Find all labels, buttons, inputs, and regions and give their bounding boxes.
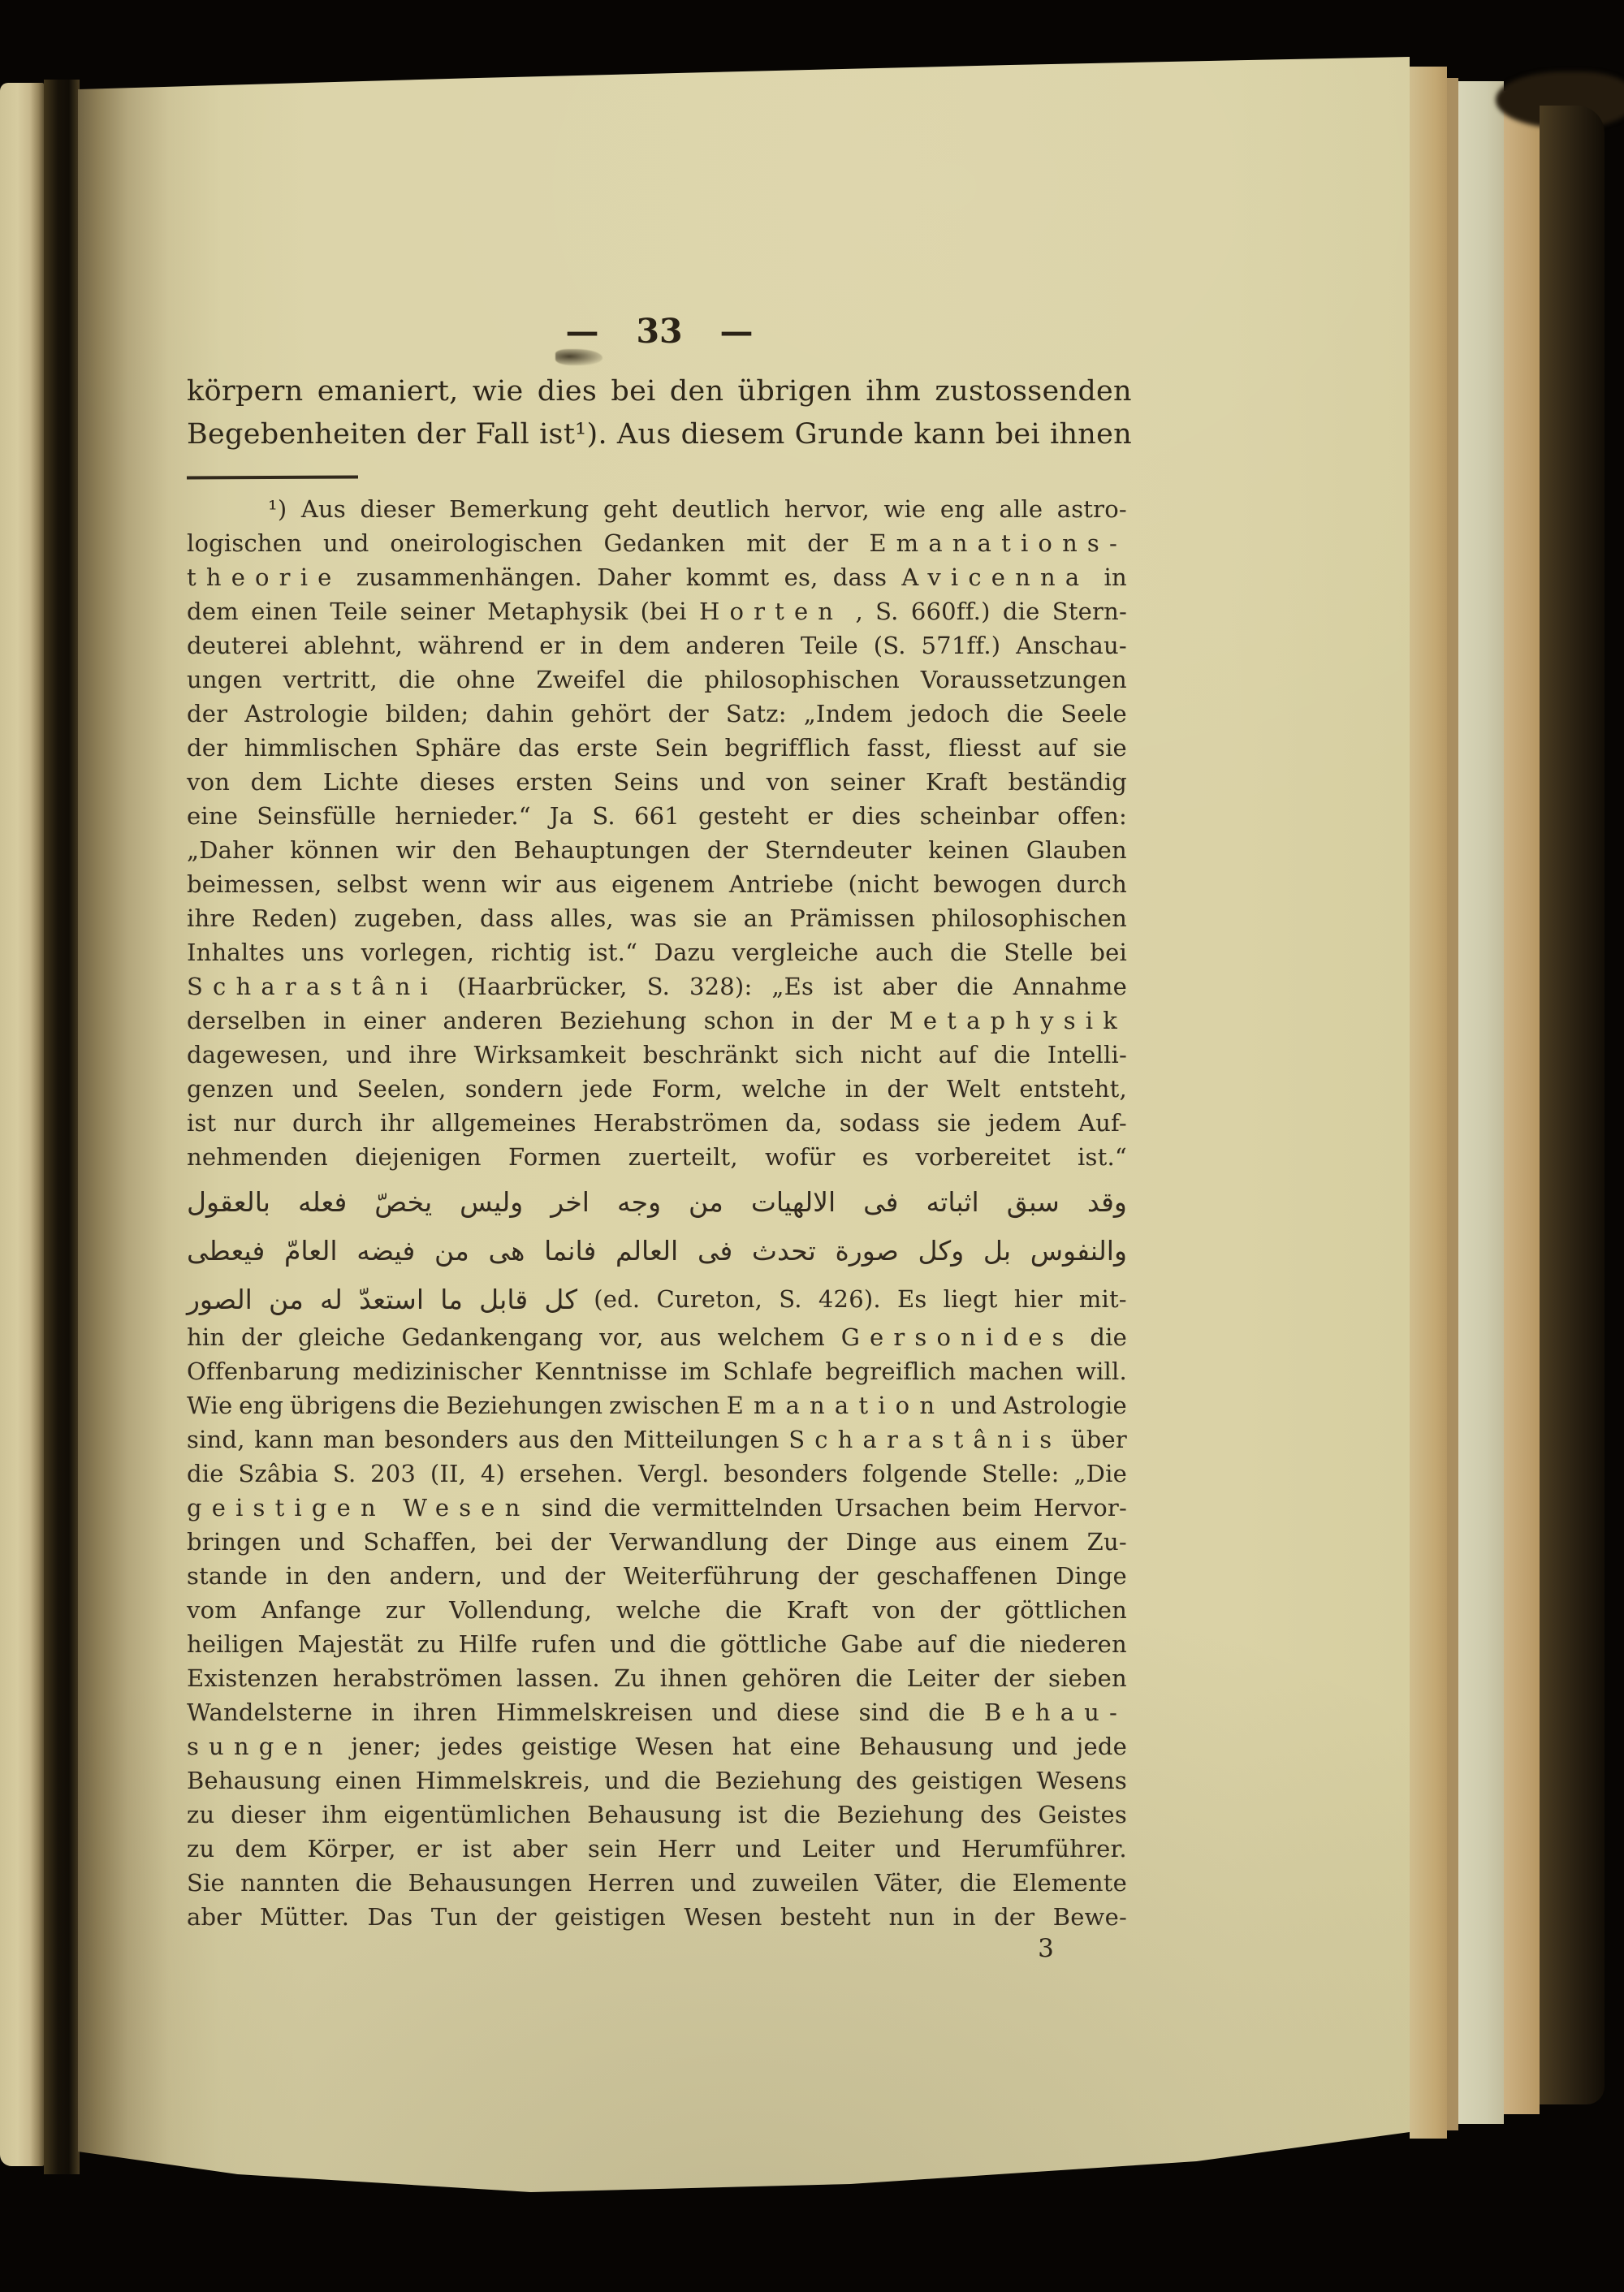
main-text-line: körpernemaniert,wiediesbeidenübrigenihmz… (187, 375, 1132, 418)
footnote-line: aberMütter.DasTundergeistigenWesenbesteh… (187, 1903, 1127, 1937)
footnote-line: geistigen WesensinddievermittelndenUrsac… (187, 1494, 1127, 1528)
fore-edge-page-band (1447, 78, 1458, 2130)
footnote-line: beimessen,selbstwennwirauseigenemAntrieb… (187, 870, 1127, 904)
fore-edge-page-band (1458, 81, 1504, 2124)
footnote-arabic-line: فيعطىالعامّفيضهمنهىفانماالعالمفىتحدثصورة… (187, 1226, 1127, 1275)
footnote: ¹)AusdieserBemerkunggehtdeutlichhervor,w… (187, 495, 1127, 1937)
header-right-dash: — (720, 312, 754, 351)
footnote-line: standeindenandern,undderWeiterführungder… (187, 1562, 1127, 1596)
footnote-line: WandelsterneinihrenHimmelskreisenunddies… (187, 1698, 1127, 1733)
footnote-line: bringenundSchaffen,beiderVerwandlungderD… (187, 1528, 1127, 1562)
footnote-line: heiligenMajestätzuHilferufenunddiegöttli… (187, 1630, 1127, 1664)
footnote-line: ¹)AusdieserBemerkunggehtdeutlichhervor,w… (187, 495, 1127, 529)
footnote-line: vomAnfangezurVollendung,welchedieKraftvo… (187, 1596, 1127, 1630)
footnote-arabic-line: الصورمنلهاستعدّماقابلكل(ed.Cureton,S.426… (187, 1275, 1127, 1323)
footnote-line: „DaherkönnenwirdenBehauptungenderSternde… (187, 836, 1127, 870)
signature-mark: 3 (1013, 1934, 1078, 1963)
page-number: 33 (636, 312, 682, 351)
main-text-line: BegebenheitenderFallist¹).AusdiesemGrund… (187, 418, 1132, 461)
footnote-line: hindergleicheGedankengangvor,auswelchemG… (187, 1323, 1127, 1358)
footnote-line: zudieserihmeigentümlichenBehausungistdie… (187, 1801, 1127, 1835)
footnote-rule (187, 476, 358, 480)
facing-page-edge (0, 83, 44, 2166)
footnote-line: istnurdurchihrallgemeinesHerabströmenda,… (187, 1109, 1127, 1143)
footnote-line: genzenundSeelen,sondernjedeForm,welchein… (187, 1075, 1127, 1109)
footnote-line: SienanntendieBehausungenHerrenundzuweile… (187, 1869, 1127, 1903)
footnote-line: deutereiablehnt,währenderindemanderenTei… (187, 632, 1127, 666)
book-cover-edge (1540, 106, 1605, 2104)
footnote-line: BehausungeinenHimmelskreis,unddieBeziehu… (187, 1767, 1127, 1801)
footnote-line: dagewesen,undihreWirksamkeitbeschränktsi… (187, 1041, 1127, 1075)
footnote-line: derAstrologiebilden;dahingehörtderSatz:„… (187, 700, 1127, 734)
header-left-dash: — (565, 312, 598, 351)
footnote-line: theoriezusammenhängen.Daherkommtes,dassA… (187, 563, 1127, 598)
fore-edge-page-band (1410, 67, 1447, 2139)
footnote-line: OffenbarungmedizinischerKenntnisseimSchl… (187, 1358, 1127, 1392)
ink-smudge (555, 349, 603, 365)
fore-edge-page-band (1504, 91, 1540, 2114)
footnote-line: Inhaltesunsvorlegen,richtigist.“Dazuverg… (187, 939, 1127, 973)
book-page: — 33 — körpernemaniert,wiediesbeidenübri… (78, 57, 1410, 2233)
footnote-line: nehmendendiejenigenFormenzuerteilt,wofür… (187, 1143, 1127, 1177)
footnote-line: logischenundoneirologischenGedankenmitde… (187, 529, 1127, 563)
footnote-line: Existenzenherabströmenlassen.Zuihnengehö… (187, 1664, 1127, 1698)
main-text: körpernemaniert,wiediesbeidenübrigenihmz… (187, 375, 1132, 461)
footnote-line: vondemLichtedieseserstenSeinsundvonseine… (187, 768, 1127, 802)
gutter-shadow (44, 80, 80, 2174)
footnote-line: zudemKörper,eristaberseinHerrundLeiterun… (187, 1835, 1127, 1869)
footnote-line: derselbenineineranderenBeziehungschonind… (187, 1007, 1127, 1041)
page-number-header: — 33 — (187, 312, 1132, 351)
footnote-line: dieSzâbiaS.203(II,4)ersehen.Vergl.besond… (187, 1460, 1127, 1494)
footnote-line: ungenvertritt,dieohneZweifeldiephilosoph… (187, 666, 1127, 700)
footnote-line: sungenjener;jedesgeistigeWesenhateineBeh… (187, 1733, 1127, 1767)
footnote-line: eineSeinsfüllehernieder.“JaS.661gestehte… (187, 802, 1127, 836)
footnote-line: Scharastâni(Haarbrücker,S.328):„Esistabe… (187, 973, 1127, 1007)
footnote-line: sind,kannmanbesondersausdenMitteilungenS… (187, 1426, 1127, 1460)
book-photo-background: — 33 — körpernemaniert,wiediesbeidenübri… (0, 0, 1624, 2292)
footnote-line: WieengübrigensdieBeziehungenzwischenEman… (187, 1392, 1127, 1426)
footnote-line: derhimmlischenSphäredasersteSeinbegriffl… (187, 734, 1127, 768)
footnote-arabic-line: بالعقولفعلهيخصّوليساخروجهمنالالهياتفىاثب… (187, 1177, 1127, 1226)
footnote-line: demeinenTeileseinerMetaphysik(beiHorten,… (187, 598, 1127, 632)
footnote-line: ihreReden)zugeben,dassalles,wassieanPräm… (187, 904, 1127, 939)
